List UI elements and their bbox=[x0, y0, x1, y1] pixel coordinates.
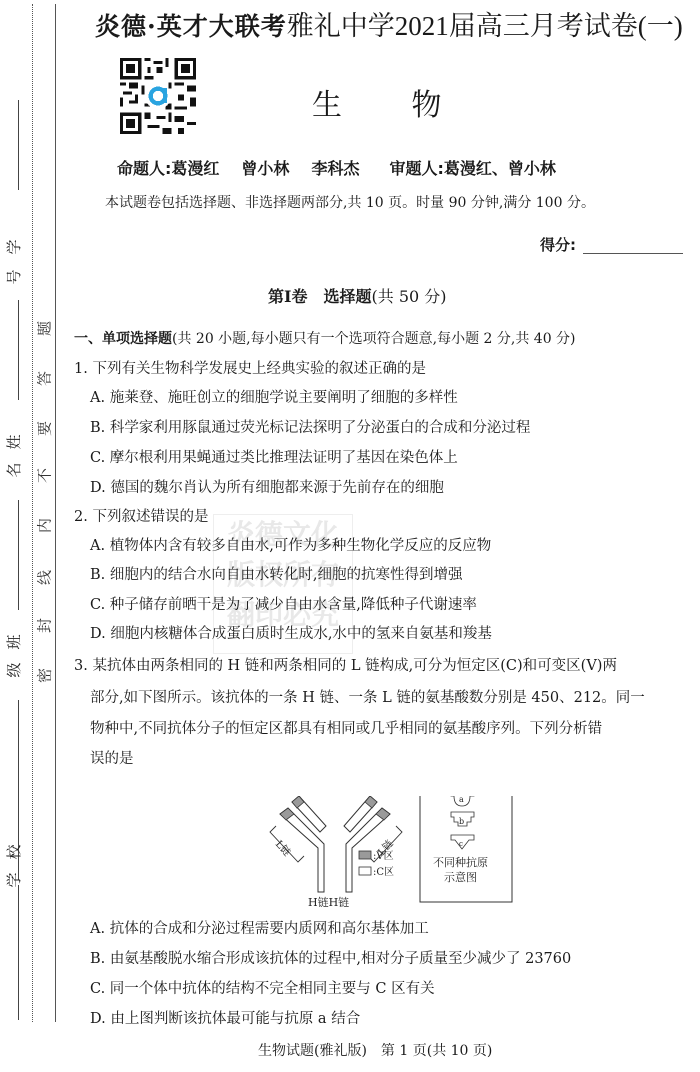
svg-text:不同种抗原: 不同种抗原 bbox=[433, 855, 488, 869]
score-label: 得分: bbox=[540, 234, 576, 255]
svg-text::C区: :C区 bbox=[373, 866, 394, 878]
authors-line: 命题人:葛漫红曾小林李科杰审题人:葛漫红、曾小林 bbox=[117, 156, 556, 179]
student-number-label: 学 bbox=[3, 236, 25, 258]
class-label: 班 bbox=[3, 631, 25, 653]
antibody-figure: L链 L链 H链H链 :V区 :C区 a b c 不同种抗原 示意图 bbox=[268, 796, 518, 908]
school-label: 学 bbox=[3, 869, 25, 891]
svg-text:L链: L链 bbox=[273, 838, 294, 859]
option-d[interactable]: D. 细胞内核糖体合成蛋白质时生成水,水中的氢来自氨基和羧基 bbox=[90, 622, 492, 643]
question-stem: 3. 某抗体由两条相同的 H 链和两条相同的 L 链构成,可分为恒定区(C)和可… bbox=[74, 654, 617, 675]
option-c[interactable]: C. 种子储存前晒干是为了减少自由水含量,降低种子代谢速率 bbox=[90, 593, 477, 614]
option-a[interactable]: A. 抗体的合成和分泌过程需要内质网和高尔基体加工 bbox=[90, 917, 429, 938]
authors-label: 命题人: bbox=[117, 159, 171, 178]
option-a[interactable]: A. 施莱登、施旺创立的细胞学说主要阐明了细胞的多样性 bbox=[90, 386, 458, 407]
exam-name: 雅礼中学2021届高三月考试卷(一) bbox=[287, 11, 683, 41]
subject-title: 生 物 bbox=[312, 80, 442, 124]
question-stem-cont: 部分,如下图所示。该抗体的一条 H 链、一条 L 链的氨基酸数分别是 450、2… bbox=[90, 686, 645, 707]
exam-series: 炎德·英才大联考 bbox=[95, 12, 287, 41]
antibody-diagram: L链 L链 H链H链 :V区 :C区 a b c 不同种抗原 示意图 bbox=[268, 796, 518, 908]
student-name-label: 姓 bbox=[3, 431, 25, 453]
fold-dotted-line bbox=[32, 4, 33, 1022]
option-d[interactable]: D. 德国的魏尔肖认为所有细胞都来源于先前存在的细胞 bbox=[90, 476, 444, 497]
option-b[interactable]: B. 细胞内的结合水向自由水转化时,细胞的抗寒性得到增强 bbox=[90, 563, 462, 584]
score-input-line[interactable] bbox=[583, 253, 683, 254]
option-a[interactable]: A. 植物体内含有较多自由水,可作为多种生物化学反应的反应物 bbox=[90, 534, 491, 555]
question-stem-cont: 物种中,不同抗体分子的恒定区都具有相同或几乎相同的氨基酸序列。下列分析错 bbox=[90, 717, 602, 738]
author-name: 葛漫红 bbox=[171, 159, 219, 178]
author-name: 曾小林 bbox=[241, 159, 289, 178]
question-stem: 1. 下列有关生物科学发展史上经典实验的叙述正确的是 bbox=[74, 357, 426, 378]
reviewers-label: 审题人: bbox=[389, 159, 443, 178]
binding-solid-line bbox=[55, 4, 56, 1022]
option-d[interactable]: D. 由上图判断该抗体最可能与抗原 a 结合 bbox=[90, 1007, 360, 1028]
exam-title: 炎德·英才大联考雅礼中学2021届高三月考试卷(一) bbox=[95, 4, 695, 43]
svg-text::V区: :V区 bbox=[373, 850, 394, 862]
part-heading: 一、单项选择题(共 20 小题,每小题只有一个选项符合题意,每小题 2 分,共 … bbox=[74, 328, 576, 348]
option-b[interactable]: B. 由氨基酸脱水缩合形成该抗体的过程中,相对分子质量至少减少了 23760 bbox=[90, 947, 571, 968]
exam-instructions: 本试题卷包括选择题、非选择题两部分,共 10 页。时量 90 分钟,满分 100… bbox=[105, 192, 595, 212]
section-title: 第Ⅰ卷 选择题(共 50 分) bbox=[268, 284, 447, 307]
question-stem: 2. 下列叙述错误的是 bbox=[74, 505, 208, 526]
reviewer-names: 葛漫红、曾小林 bbox=[444, 159, 556, 178]
svg-text:a: a bbox=[459, 796, 464, 804]
svg-text:示意图: 示意图 bbox=[444, 871, 477, 884]
svg-text:H链H链: H链H链 bbox=[308, 895, 349, 908]
option-c[interactable]: C. 同一个体中抗体的结构不完全相同主要与 C 区有关 bbox=[90, 977, 435, 998]
question-stem-cont: 误的是 bbox=[90, 747, 134, 768]
option-c[interactable]: C. 摩尔根利用果蝇通过类比推理法证明了基因在染色体上 bbox=[90, 446, 458, 467]
page-footer: 生物试题(雅礼版) 第 1 页(共 10 页) bbox=[258, 1040, 492, 1060]
qr-code-icon[interactable] bbox=[120, 58, 196, 134]
svg-text:b: b bbox=[459, 817, 464, 826]
option-b[interactable]: B. 科学家利用豚鼠通过荧光标记法探明了分泌蛋白的合成和分泌过程 bbox=[90, 416, 530, 437]
svg-text:c: c bbox=[459, 840, 463, 848]
author-name: 李科杰 bbox=[311, 159, 359, 178]
